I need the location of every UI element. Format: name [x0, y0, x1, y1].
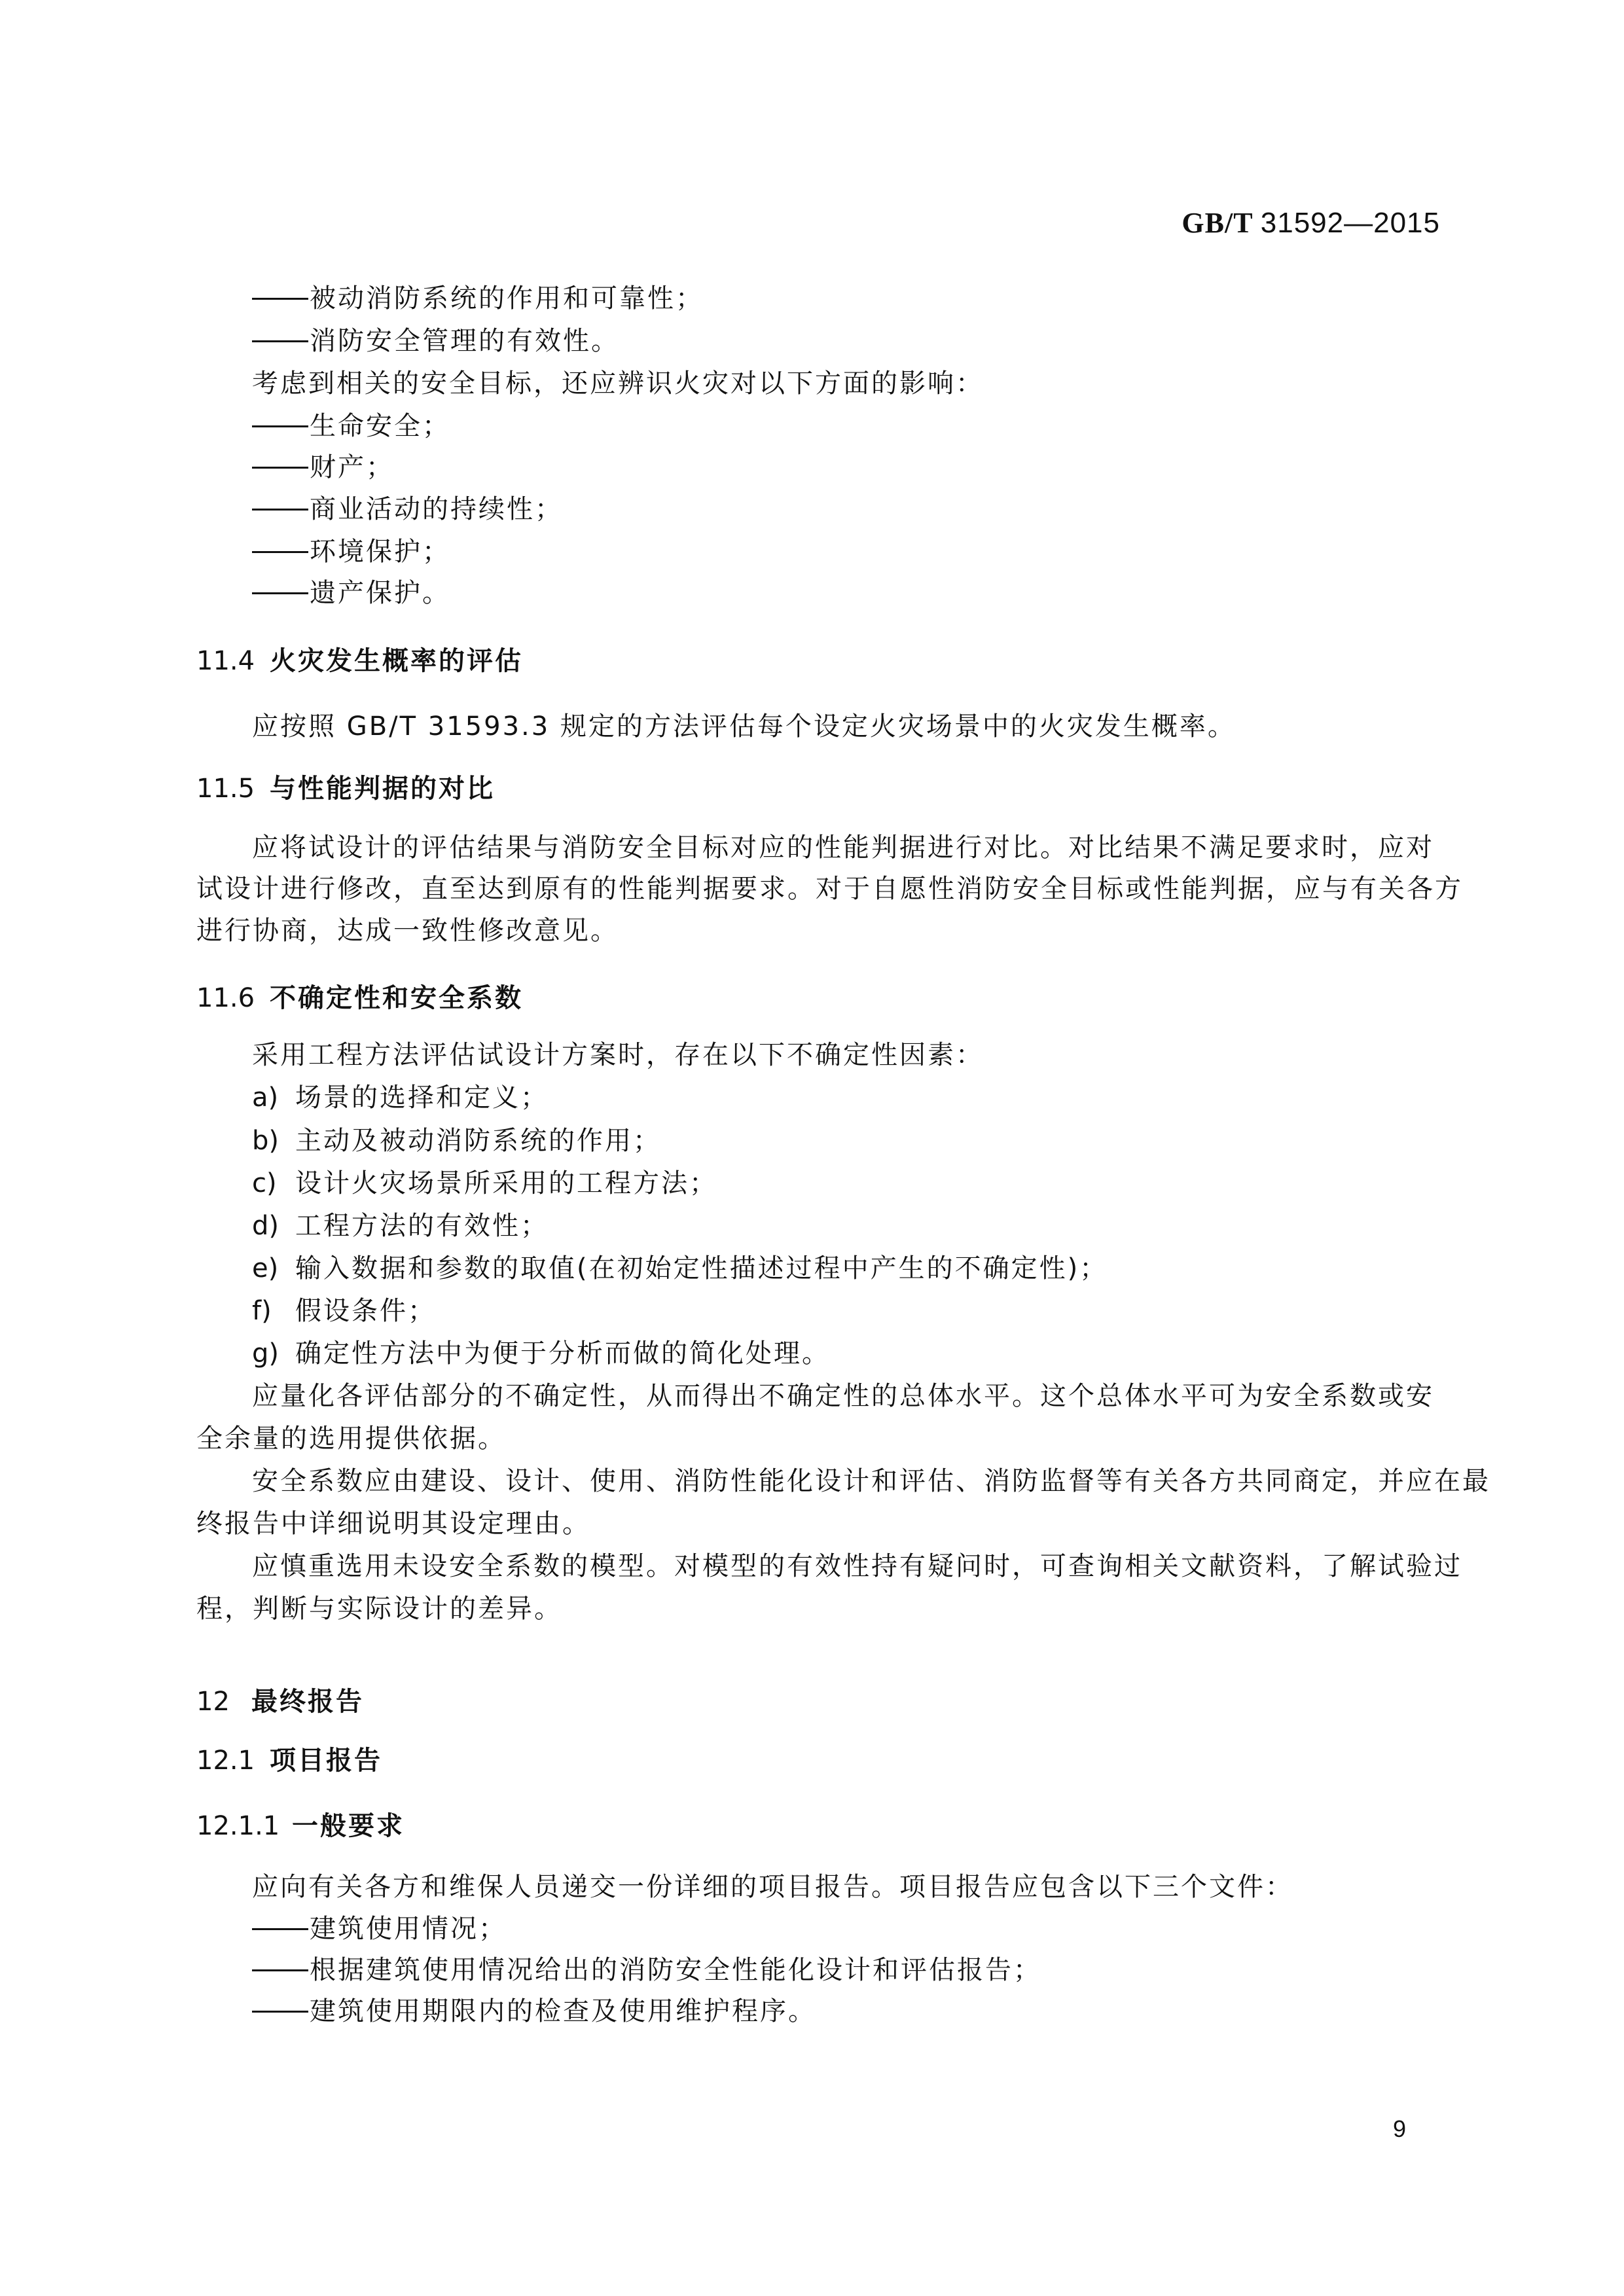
paragraph-line: 应将试设计的评估结果与消防安全目标对应的性能判据进行对比。对比结果不满足要求时，… [252, 831, 1430, 864]
list-item: 遗产保护。 [252, 577, 450, 609]
em-dash-bullet [252, 2011, 308, 2013]
em-dash-bullet [252, 340, 308, 342]
em-dash-bullet [252, 592, 308, 594]
paragraph-line: 试设计进行修改，直至达到原有的性能判据要求。对于自愿性消防安全目标或性能判据，应… [196, 872, 1430, 905]
list-item: 商业活动的持续性； [252, 493, 563, 526]
standard-code-header: GB/T 31592—2015 [0, 206, 1440, 240]
page-number: 9 [1393, 2115, 1406, 2143]
em-dash-bullet [252, 467, 308, 469]
section-heading-11-5: 11.5与性能判据的对比 [196, 772, 495, 805]
em-dash-bullet [252, 509, 308, 511]
list-item: d)工程方法的有效性； [252, 1210, 549, 1242]
list-item: 被动消防系统的作用和可靠性； [252, 282, 704, 315]
paragraph-line: 进行协商，达成一致性修改意见。 [196, 914, 619, 947]
em-dash-bullet [252, 425, 308, 427]
section-heading-12-1-1: 12.1.1一般要求 [196, 1810, 405, 1842]
list-item: 环境保护； [252, 535, 450, 568]
section-heading-12-1: 12.1项目报告 [196, 1744, 382, 1777]
section-intro-12-1-1: 应向有关各方和维保人员递交一份详细的项目报告。项目报告应包含以下三个文件： [252, 1871, 1293, 1903]
paragraph-line: 终报告中详细说明其设定理由。 [196, 1507, 590, 1540]
list-item: e)输入数据和参数的取值(在初始定性描述过程中产生的不确定性)； [252, 1252, 1108, 1285]
list-item: 根据建筑使用情况给出的消防安全性能化设计和评估报告； [252, 1954, 1041, 1986]
section-heading-12: 12最终报告 [196, 1685, 364, 1718]
paragraph-line: 应量化各评估部分的不确定性，从而得出不确定性的总体水平。这个总体水平可为安全系数… [252, 1380, 1430, 1412]
list-item: 建筑使用情况； [252, 1912, 507, 1945]
section-intro-11-6: 采用工程方法评估试设计方案时，存在以下不确定性因素： [252, 1039, 984, 1071]
em-dash-bullet [252, 551, 308, 553]
list-item: a)场景的选择和定义； [252, 1081, 549, 1114]
paragraph-line: 安全系数应由建设、设计、使用、消防性能化设计和评估、消防监督等有关各方共同商定，… [252, 1465, 1430, 1498]
em-dash-bullet [252, 1969, 308, 1971]
section-heading-11-4: 11.4火灾发生概率的评估 [196, 645, 523, 677]
list-item: 生命安全； [252, 410, 450, 442]
paragraph-line: 程，判断与实际设计的差异。 [196, 1592, 562, 1625]
list-item: f)假设条件； [252, 1295, 436, 1327]
list-item: 消防安全管理的有效性。 [252, 325, 619, 357]
em-dash-bullet [252, 1928, 308, 1930]
list-item: 财产； [252, 451, 394, 484]
section-heading-11-6: 11.6不确定性和安全系数 [196, 982, 523, 1014]
standard-prefix: GB/T [1182, 207, 1252, 239]
list-item: c)设计火灾场景所采用的工程方法； [252, 1167, 717, 1200]
section-body-11-4: 应按照 GB/T 31593.3 规定的方法评估每个设定火灾场景中的火灾发生概率… [252, 710, 1236, 743]
impact-intro-text: 考虑到相关的安全目标，还应辨识火灾对以下方面的影响： [252, 367, 984, 400]
paragraph-line: 全余量的选用提供依据。 [196, 1422, 506, 1455]
em-dash-bullet [252, 298, 308, 300]
list-item: g)确定性方法中为便于分析而做的简化处理。 [252, 1337, 830, 1370]
paragraph-line: 应慎重选用未设安全系数的模型。对模型的有效性持有疑问时，可查询相关文献资料，了解… [252, 1550, 1430, 1583]
standard-number: 31592—2015 [1261, 207, 1440, 239]
list-item: 建筑使用期限内的检查及使用维护程序。 [252, 1995, 816, 2028]
list-item: b)主动及被动消防系统的作用； [252, 1124, 661, 1157]
